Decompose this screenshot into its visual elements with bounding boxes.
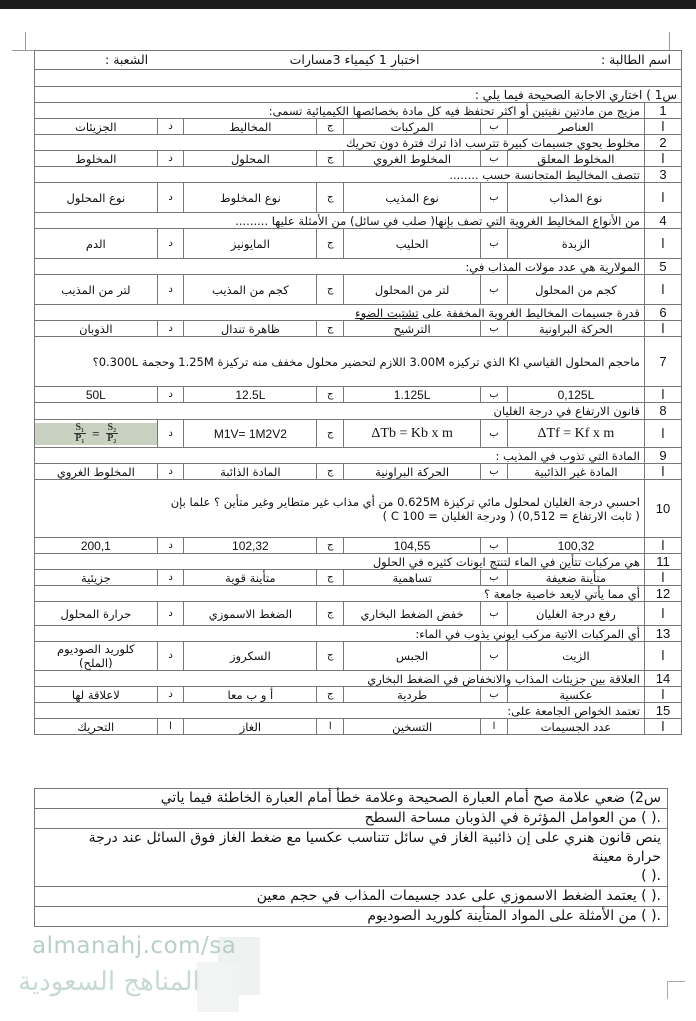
option-b[interactable]: التسخين <box>344 719 481 735</box>
question-text: احسبي درجة الغليان لمحلول مائي تركيزة 0.… <box>35 480 645 538</box>
option-letter-d: د <box>157 642 184 671</box>
option-letter-c: ج <box>317 420 344 448</box>
option-a[interactable]: العناصر <box>507 119 644 135</box>
option-letter-b: ب <box>481 275 508 305</box>
page-margin-tick <box>12 50 34 51</box>
option-b[interactable]: الجبس <box>344 642 481 671</box>
watermark-shape <box>197 962 239 1012</box>
option-c[interactable]: المايونيز <box>184 229 317 259</box>
option-d[interactable]: نوع المحلول <box>35 183 158 213</box>
page-crop-mark <box>667 981 668 999</box>
option-letter-a: ا <box>644 464 681 480</box>
option-d[interactable]: المخلوط الغروي <box>35 464 158 480</box>
option-letter-c: ج <box>317 387 344 403</box>
option-d[interactable]: 50L <box>35 387 158 403</box>
option-b[interactable]: الحليب <box>344 229 481 259</box>
option-c[interactable]: M1V= 1M2V2 <box>184 420 317 448</box>
option-b[interactable]: المخلوط الغروي <box>344 151 481 167</box>
option-c[interactable]: 102,32 <box>184 538 317 554</box>
page-crop-mark <box>667 981 685 982</box>
exam-header: اسم الطالبة : اختبار 1 كيمياء 3مسارات ال… <box>35 51 682 70</box>
question-number: 13 <box>644 626 681 642</box>
option-a[interactable]: الزيت <box>507 642 644 671</box>
true-false-statement[interactable]: .( ) من الأمثلة على المواد المتأينة كلور… <box>35 907 668 927</box>
question-number: 15 <box>644 703 681 719</box>
question-text: المولارية هي عدد مولات المذاب في: <box>35 259 645 275</box>
true-false-statement[interactable]: .( ) من العوامل المؤثرة في الذوبان مساحة… <box>35 809 668 829</box>
option-d[interactable]: التحريك <box>35 719 158 735</box>
option-letter-b: ب <box>481 570 508 586</box>
option-letter-b: ا <box>481 719 508 735</box>
option-b[interactable]: 1.125L <box>344 387 481 403</box>
option-letter-d: د <box>157 275 184 305</box>
option-a[interactable]: نوع المذاب <box>507 183 644 213</box>
option-b[interactable]: خفض الضغط البخاري <box>344 602 481 626</box>
option-b[interactable]: الترشيح <box>344 321 481 337</box>
option-letter-c: ج <box>317 642 344 671</box>
option-letter-c: ج <box>317 183 344 213</box>
question-number: 11 <box>644 554 681 570</box>
question-text: ماحجم المحلول القياسي KI الذي تركيزه 3.0… <box>35 337 645 387</box>
option-letter-c: ا <box>317 719 344 735</box>
option-letter-a: ا <box>644 602 681 626</box>
option-letter-d: د <box>157 119 184 135</box>
option-letter-a: ا <box>644 687 681 703</box>
option-d[interactable]: الجزيئات <box>35 119 158 135</box>
watermark-url: almanahj.com/sa <box>32 933 236 959</box>
option-letter-a: ا <box>644 538 681 554</box>
option-b[interactable]: 104,55 <box>344 538 481 554</box>
option-letter-c: ج <box>317 275 344 305</box>
page-margin-mark-right <box>669 32 670 50</box>
statement-line2: حرارة معينة <box>41 848 661 867</box>
option-letter-a: ا <box>644 275 681 305</box>
option-letter-a: ا <box>644 387 681 403</box>
option-c[interactable]: المخاليط <box>184 119 317 135</box>
option-a[interactable]: المخلوط المعلق <box>507 151 644 167</box>
question-text-line1: احسبي درجة الغليان لمحلول مائي تركيزة 0.… <box>39 495 640 509</box>
question-text: المادة التي تذوب في المذيب : <box>35 448 645 464</box>
option-c[interactable]: نوع المخلوط <box>184 183 317 213</box>
option-letter-c: ج <box>317 119 344 135</box>
option-a[interactable]: 0,125L <box>507 387 644 403</box>
option-letter-b: ب <box>481 464 508 480</box>
option-a[interactable]: كجم من المحلول <box>507 275 644 305</box>
question-text: هي مركبات تتأين في الماء لتنتج ايونات كث… <box>35 554 645 570</box>
option-letter-c: ج <box>317 229 344 259</box>
option-letter-b: ب <box>481 687 508 703</box>
option-a[interactable]: رفع درجة الغليان <box>507 602 644 626</box>
option-d[interactable]: كلوريد الصوديوم (الملح) <box>35 642 158 671</box>
option-c[interactable]: المحلول <box>184 151 317 167</box>
exam-title: اختبار 1 كيمياء 3مسارات <box>290 53 420 67</box>
option-c[interactable]: كجم من المذيب <box>184 275 317 305</box>
option-d[interactable]: لتر من المذيب <box>35 275 158 305</box>
page-margin-mark-left <box>25 32 26 50</box>
option-d[interactable]: الدم <box>35 229 158 259</box>
option-a[interactable]: المادة غير الذائبية <box>507 464 644 480</box>
option-b[interactable]: ΔTb = Kb x m <box>344 420 481 448</box>
option-c[interactable]: الضغط الاسموزي <box>184 602 317 626</box>
question-number: 6 <box>644 305 681 321</box>
option-letter-d: د <box>157 602 184 626</box>
option-letter-b: ب <box>481 151 508 167</box>
option-letter-b: ب <box>481 602 508 626</box>
question-number: 3 <box>644 167 681 183</box>
option-d[interactable]: S₁P₁ = S₂P₂ <box>35 420 158 448</box>
option-d[interactable]: الذوبان <box>35 321 158 337</box>
question-text: أي مما يأتي لايعد خاصية جامعة ؟ <box>35 586 645 602</box>
question-text: مزيج من مادتين نقيتين أو اكثر تحتفظ فيه … <box>35 103 645 119</box>
question-number: 5 <box>644 259 681 275</box>
option-d[interactable]: جزيئية <box>35 570 158 586</box>
part2-title: س2) ضعي علامة صح أمام العبارة الصحيحة وع… <box>35 789 668 809</box>
option-letter-c: ج <box>317 321 344 337</box>
student-name-label: اسم الطالبة : <box>601 53 671 67</box>
option-letter-c: ج <box>317 538 344 554</box>
option-c[interactable]: الغاز <box>184 719 317 735</box>
question-text: قدرة جسيمات المخاليط الغروية المخففة على… <box>35 305 645 321</box>
option-c[interactable]: ظاهرة تندال <box>184 321 317 337</box>
option-letter-a: ا <box>644 719 681 735</box>
option-d[interactable]: 200,1 <box>35 538 158 554</box>
option-letter-c: ج <box>317 687 344 703</box>
option-a[interactable]: 100,32 <box>507 538 644 554</box>
option-d[interactable]: لاعلاقة لها <box>35 687 158 703</box>
option-c[interactable]: السكروز <box>184 642 317 671</box>
true-false-statement[interactable]: ينص قانون هنري على إن ذائبية الغاز في سا… <box>35 829 668 887</box>
viewer-top-bar <box>0 0 696 9</box>
option-d[interactable]: المخلوط <box>35 151 158 167</box>
option-letter-b: ب <box>481 229 508 259</box>
question-text: العلاقة بين جزيئات المذاب والانخفاض في ا… <box>35 671 645 687</box>
statement-answer-blank: .( ) <box>41 867 661 886</box>
option-letter-b: ب <box>481 119 508 135</box>
option-letter-d: د <box>157 538 184 554</box>
gas-law-formula-image: S₁P₁ = S₂P₂ <box>35 423 157 445</box>
question-text: تتصف المخاليط المتجانسة حسب ........ <box>35 167 645 183</box>
option-letter-d: د <box>157 387 184 403</box>
option-letter-b: ب <box>481 420 508 448</box>
option-a[interactable]: متأينة ضعيفة <box>507 570 644 586</box>
option-b[interactable]: لتر من المحلول <box>344 275 481 305</box>
option-letter-a: ا <box>644 642 681 671</box>
option-letter-b: ب <box>481 642 508 671</box>
option-letter-c: ج <box>317 602 344 626</box>
option-b[interactable]: تساهمية <box>344 570 481 586</box>
question-text: قانون الارتفاع في درجة الغليان <box>35 403 645 420</box>
option-c[interactable]: 12.5L <box>184 387 317 403</box>
option-a[interactable]: الزبدة <box>507 229 644 259</box>
option-a[interactable]: الحركة البراونية <box>507 321 644 337</box>
question-number: 2 <box>644 135 681 151</box>
option-letter-b: ب <box>481 321 508 337</box>
option-b[interactable]: المركبات <box>344 119 481 135</box>
option-letter-d: د <box>157 464 184 480</box>
option-letter-b: ب <box>481 538 508 554</box>
question-number: 1 <box>644 103 681 119</box>
option-b[interactable]: طردية <box>344 687 481 703</box>
question-text: من الأنواع المخاليط الغروية التي تصف بإن… <box>35 213 645 229</box>
option-letter-d: ا <box>157 719 184 735</box>
blank-row <box>35 70 682 87</box>
option-letter-a: ا <box>644 229 681 259</box>
question-text: مخلوط يحوي جسيمات كبيرة تترسب اذا ترك فت… <box>35 135 645 151</box>
question-number: 4 <box>644 213 681 229</box>
fraction-s2-p2: S₂P₂ <box>106 423 119 444</box>
question-number: 12 <box>644 586 681 602</box>
option-letter-d: د <box>157 151 184 167</box>
option-letter-a: ا <box>644 183 681 213</box>
question-text: أي المركبات الاتية مركب ايوني يذوب في ال… <box>35 626 645 642</box>
section-label: الشعبة : <box>105 53 148 67</box>
option-letter-a: ا <box>644 119 681 135</box>
option-c[interactable]: المادة الذائبة <box>184 464 317 480</box>
option-letter-c: ج <box>317 464 344 480</box>
option-letter-b: ب <box>481 387 508 403</box>
option-d[interactable]: حرارة المحلول <box>35 602 158 626</box>
question-number: 14 <box>644 671 681 687</box>
option-letter-c: ج <box>317 570 344 586</box>
exam-table-part2: س2) ضعي علامة صح أمام العبارة الصحيحة وع… <box>34 788 668 927</box>
statement-line1: ينص قانون هنري على إن ذائبية الغاز في سا… <box>41 829 661 848</box>
question-number: 8 <box>644 403 681 420</box>
option-letter-d: د <box>157 420 184 448</box>
fraction-s1-p1: S₁P₁ <box>74 423 87 444</box>
question-text-main: قدرة جسيمات المخاليط الغروية المخففة على <box>419 306 640 320</box>
option-letter-a: ا <box>644 570 681 586</box>
option-c[interactable]: أ و ب معا <box>184 687 317 703</box>
option-letter-a: ا <box>644 420 681 448</box>
question-number: 9 <box>644 448 681 464</box>
option-letter-d: د <box>157 183 184 213</box>
question-text-underlined: تشتيت الضوء <box>355 306 418 320</box>
option-a[interactable]: عكسية <box>507 687 644 703</box>
option-letter-d: د <box>157 321 184 337</box>
question-text-line2: ( ثابت الارتفاع = 0,512) ( ودرجة الغليان… <box>39 509 640 523</box>
true-false-statement[interactable]: .( ) يعتمد الضغط الاسموزي على عدد جسيمات… <box>35 887 668 907</box>
option-letter-a: ا <box>644 321 681 337</box>
exam-table-part1: اسم الطالبة : اختبار 1 كيمياء 3مسارات ال… <box>34 50 682 735</box>
question-number: 7 <box>644 337 681 387</box>
option-a[interactable]: عدد الجسيمات <box>507 719 644 735</box>
watermark-logo-text: المناهج السعودية <box>18 967 200 997</box>
option-c[interactable]: متأينة قوية <box>184 570 317 586</box>
option-letter-a: ا <box>644 151 681 167</box>
question-text: تعتمد الخواص الجامعة على: <box>35 703 645 719</box>
option-letter-d: د <box>157 570 184 586</box>
option-letter-d: د <box>157 687 184 703</box>
equals-sign: = <box>92 427 99 441</box>
part1-title: س1 ) اختاري الاجابة الصحيحة فيما يلي : <box>35 87 682 103</box>
question-number: 10 <box>644 480 681 538</box>
option-letter-c: ج <box>317 151 344 167</box>
option-b[interactable]: الحركة البراونية <box>344 464 481 480</box>
option-a[interactable]: ΔTf = Kf x m <box>507 420 644 448</box>
option-b[interactable]: نوع المذيب <box>344 183 481 213</box>
option-letter-b: ب <box>481 183 508 213</box>
option-letter-d: د <box>157 229 184 259</box>
